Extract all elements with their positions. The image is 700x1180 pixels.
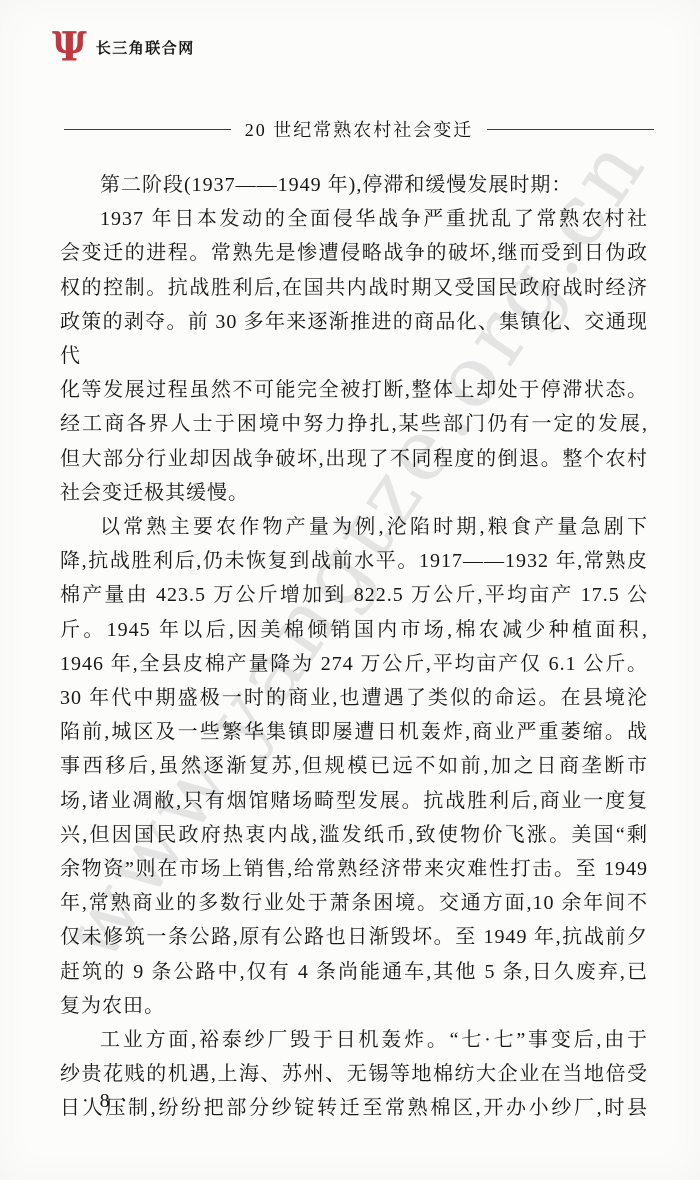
text-line: 斤。1945 年以后,因美棉倾销国内市场,棉农减少种植面积, xyxy=(60,613,648,647)
text-line: 仅未修筑一条公路,原有公路也日渐毁坏。至 1949 年,抗战前夕 xyxy=(60,920,648,954)
text-line: 以常熟主要农作物产量为例,沦陷时期,粮食产量急剧下 xyxy=(60,510,648,544)
text-line: 陷前,城区及一些繁华集镇即屡遭日机轰炸,商业严重萎缩。战 xyxy=(60,715,648,749)
text-line: 赶筑的 9 条公路中,仅有 4 条尚能通车,其他 5 条,日久废弃,已 xyxy=(60,955,648,989)
text-line: 政策的剥夺。前 30 多年来逐渐推进的商品化、集镇化、交通现代 xyxy=(60,305,648,373)
text-line: 权的控制。抗战胜利后,在国共内战时期又受国民政府战时经济 xyxy=(60,271,648,305)
text-line: 棉产量由 423.5 万公斤增加到 822.5 万公斤,平均亩产 17.5 公 xyxy=(60,578,648,612)
chapter-header: 20 世纪常熟农村社会变迁 xyxy=(64,116,654,142)
text-line: 降,抗战胜利后,仍未恢复到战前水平。1917——1932 年,常熟皮 xyxy=(60,544,648,578)
text-line: 第二阶段(1937——1949 年),停滞和缓慢发展时期： xyxy=(60,168,648,202)
text-line: 余物资”则在市场上销售,给常熟经济带来灾难性打击。至 1949 xyxy=(60,852,648,886)
text-line: 化等发展过程虽然不可能完全被打断,整体上却处于停滞状态。 xyxy=(60,373,648,407)
scanned-book-page: Ψ 长三角联合网 20 世纪常熟农村社会变迁 www.yangtze.org.c… xyxy=(0,0,700,1180)
text-line: 日人压制,纷纷把部分纱锭转迁至常熟棉区,开办小纱厂,时县 xyxy=(60,1091,648,1125)
text-line: 1946 年,全县皮棉产量降为 274 万公斤,平均亩产仅 6.1 公斤。 xyxy=(60,647,648,681)
psi-logo-icon: Ψ xyxy=(52,27,87,67)
text-line: 经工商各界人士于困境中努力挣扎,某些部门仍有一定的发展, xyxy=(60,407,648,441)
logo-label: 长三角联合网 xyxy=(96,37,195,58)
text-line: 社会变迁极其缓慢。 xyxy=(60,476,648,510)
text-line: 会变迁的进程。常熟先是惨遭侵略战争的破坏,继而受到日伪政 xyxy=(60,236,648,270)
site-logo: Ψ 长三角联合网 xyxy=(52,28,195,66)
text-line: 但大部分行业却因战争破坏,出现了不同程度的倒退。整个农村 xyxy=(60,442,648,476)
page-title: 20 世纪常熟农村社会变迁 xyxy=(245,116,474,142)
text-line: 年,常熟商业的多数行业处于萧条困境。交通方面,10 余年间不 xyxy=(60,886,648,920)
text-line: 复为农田。 xyxy=(60,989,648,1023)
body-text: 第二阶段(1937——1949 年),停滞和缓慢发展时期：1937 年日本发动的… xyxy=(60,168,648,1126)
text-line: 场,诸业凋敝,只有烟馆赌场畸型发展。抗战胜利后,商业一度复 xyxy=(60,784,648,818)
text-line: 1937 年日本发动的全面侵华战争严重扰乱了常熟农村社 xyxy=(60,202,648,236)
header-rule-left xyxy=(64,129,231,130)
text-line: 兴,但因国民政府热衷内战,滥发纸币,致使物价飞涨。美国“剩 xyxy=(60,818,648,852)
text-line: 纱贵花贱的机遇,上海、苏州、无锡等地棉纺大企业在当地倍受 xyxy=(60,1057,648,1091)
text-line: 30 年代中期盛极一时的商业,也遭遇了类似的命运。在县境沦 xyxy=(60,681,648,715)
header-rule-right xyxy=(487,129,654,130)
text-line: 工业方面,裕泰纱厂毁于日机轰炸。“七·七”事变后,由于 xyxy=(60,1023,648,1057)
text-line: 事西移后,虽然逐渐复苏,但规模已远不如前,加之日商垄断市 xyxy=(60,749,648,783)
